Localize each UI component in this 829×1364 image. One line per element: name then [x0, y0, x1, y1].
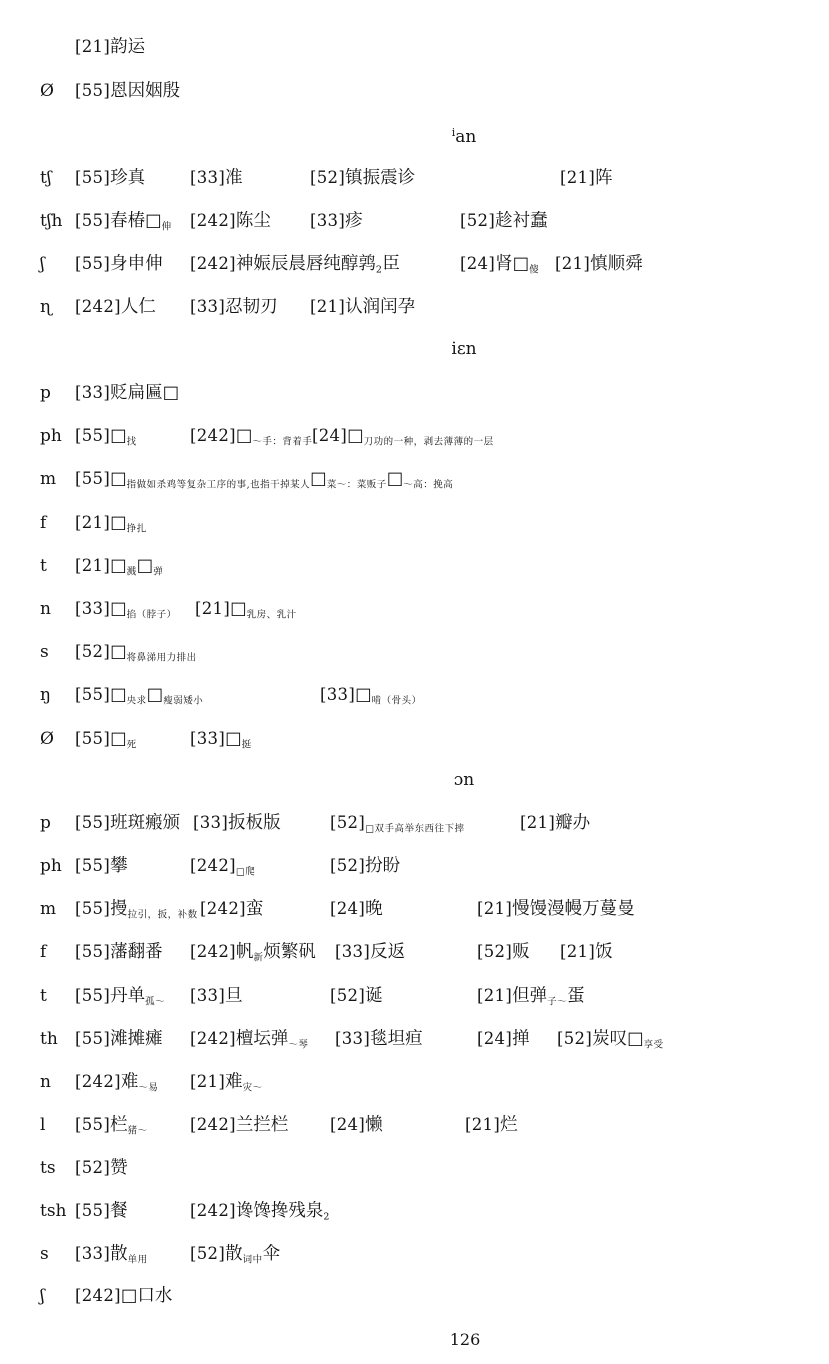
entry: [52]趁衬蠢	[460, 210, 548, 232]
entry: [242]帆新烦繁矾	[190, 941, 316, 970]
rhyme-section-header: ian	[452, 122, 477, 148]
tone-label: [33]	[310, 211, 345, 230]
dict-row: tsh[55]餐[242]谗馋搀残泉2	[0, 1200, 829, 1226]
character-text: 赞	[110, 1158, 128, 1178]
tone-label: [33]	[335, 1029, 370, 1048]
rhyme-section-header: ɔn	[454, 769, 474, 791]
entry: [24]肾□傻	[460, 253, 539, 282]
rhyme-section-header: iεn	[451, 338, 476, 360]
entry: [52]散词中伞	[190, 1243, 280, 1272]
tone-label: [55]	[75, 168, 110, 187]
tone-label: [242]	[190, 254, 236, 273]
entry: [52]赞	[75, 1157, 128, 1179]
entry: [21]慢馒漫幔万蔓曼	[477, 898, 635, 920]
entry: [52]镇振震诊	[310, 167, 415, 189]
gloss-annotation: 2	[323, 1212, 330, 1223]
entry: [21]难灾～	[190, 1071, 263, 1100]
entry: [21]□乳房、乳汁	[195, 598, 297, 627]
character-text: 扮盼	[365, 856, 400, 876]
character-text: 栏	[110, 1115, 128, 1135]
entry: [52]诞	[330, 985, 383, 1007]
gloss-annotation: 啃（骨头）	[372, 696, 422, 707]
tone-label: [55]	[75, 729, 110, 748]
entry: [242]难～易	[75, 1071, 158, 1100]
character-text: 阵	[595, 168, 613, 188]
tone-label: [33]	[75, 383, 110, 402]
initial-label: n	[40, 598, 51, 620]
tone-label: [55]	[75, 1115, 110, 1134]
tone-label: [55]	[75, 856, 110, 875]
entry: [242]□爬	[190, 855, 255, 884]
tone-label: [242]	[190, 942, 236, 961]
tone-label: [55]	[75, 81, 110, 100]
character-text: 韵运	[110, 37, 145, 57]
entry: [52]贩	[477, 941, 530, 963]
character-text: 谗馋搀残泉	[236, 1201, 324, 1221]
entry: [55]藩翻番	[75, 941, 163, 963]
tone-label: [33]	[190, 297, 225, 316]
tone-label: [55]	[75, 899, 110, 918]
tone-label: [55]	[75, 1201, 110, 1220]
character-text: 反返	[370, 942, 405, 962]
tone-label: [52]	[330, 856, 365, 875]
dict-row: s[33]散单用[52]散词中伞	[0, 1243, 829, 1269]
entry: [242]神娠辰晨唇纯醇鹑2臣	[190, 253, 400, 282]
character-text: 饭	[595, 942, 613, 962]
gloss-annotation: 单用	[128, 1255, 148, 1266]
gloss-annotation: 乳房、乳汁	[247, 610, 297, 621]
gloss-annotation: 挺	[242, 740, 252, 751]
entry: [242]蛮	[200, 898, 263, 920]
character-text: □	[310, 469, 327, 489]
character-text: 晚	[365, 899, 383, 919]
initial-label: ɳ	[40, 296, 52, 318]
character-text: 毯坦疸	[370, 1029, 423, 1049]
tone-label: [55]	[75, 986, 110, 1005]
character-text: 散	[110, 1244, 128, 1264]
initial-label: s	[40, 1243, 49, 1265]
character-text: 珍真	[110, 168, 145, 188]
dict-row: ts[52]赞	[0, 1157, 829, 1183]
gloss-annotation: ～高：挽高	[403, 480, 453, 491]
character-text: 班斑瘢颁	[110, 813, 180, 833]
dict-row: tʃh[55]春椿□伸[242]陈尘[33]疹[52]趁衬蠢	[0, 210, 829, 236]
entry: [55]攀	[75, 855, 128, 877]
character-text: 滩摊瘫	[110, 1029, 163, 1049]
character-text: 掸	[512, 1029, 530, 1049]
entry: [55]珍真	[75, 167, 145, 189]
tone-label: [242]	[75, 1072, 121, 1091]
entry: [55]□找	[75, 425, 137, 454]
initial-label: tʃh	[40, 210, 62, 232]
gloss-annotation: 猪～	[128, 1126, 148, 1137]
dict-row: p[33]贬扁匾□	[0, 382, 829, 408]
gloss-annotation: 傻	[529, 265, 539, 276]
dict-row: tʃ[55]珍真[33]准[52]镇振震诊[21]阵	[0, 167, 829, 193]
character-text: □	[110, 469, 127, 489]
entry: [242]□～手：背着手	[190, 425, 312, 454]
tone-label: [21]	[310, 297, 345, 316]
initial-label: s	[40, 641, 49, 663]
entry: [21]认润闰孕	[310, 296, 415, 318]
initial-label: n	[40, 1071, 51, 1093]
character-text: □	[225, 729, 242, 749]
initial-label: t	[40, 985, 47, 1007]
entry: [242]檀坛弹～琴	[190, 1028, 308, 1057]
initial-label: t	[40, 555, 47, 577]
tone-label: [33]	[190, 986, 225, 1005]
tone-label: [33]	[190, 729, 225, 748]
tone-label: [55]	[75, 254, 110, 273]
character-text: 难	[225, 1072, 243, 1092]
dict-row: Ø[55]恩因姻殷	[0, 80, 829, 106]
dict-row: l[55]栏猪～[242]兰拦栏[24]懒[21]烂	[0, 1114, 829, 1140]
gloss-annotation: 刀功的一种，剥去薄薄的一层	[364, 437, 494, 448]
character-text: 餐	[110, 1201, 128, 1221]
character-text: 慢馒漫幔万蔓曼	[512, 899, 635, 919]
gloss-annotation: □爬	[236, 867, 255, 878]
character-text: □口水	[121, 1286, 173, 1306]
gloss-annotation: 掐（脖子）	[127, 610, 177, 621]
entry: [52]□双手高举东西往下摔	[330, 812, 465, 841]
character-text: 兰拦栏	[236, 1115, 289, 1135]
character-text: 烂	[500, 1115, 518, 1135]
initial-label: th	[40, 1028, 58, 1050]
tone-label: [242]	[190, 426, 236, 445]
gloss-annotation: 孤～	[145, 997, 165, 1008]
dict-row: m[55]摱拉引，扳，补数[242]蛮[24]晚[21]慢馒漫幔万蔓曼	[0, 898, 829, 924]
tone-label: [21]	[190, 1072, 225, 1091]
character-text: 蛮	[246, 899, 264, 919]
character-text: □	[110, 426, 127, 446]
tone-label: [24]	[330, 1115, 365, 1134]
gloss-annotation: ～琴	[288, 1040, 308, 1051]
entry: [55]餐	[75, 1200, 128, 1222]
entry: [33]散单用	[75, 1243, 148, 1272]
initial-label: Ø	[40, 80, 54, 102]
character-text: 帆	[236, 942, 254, 962]
tone-label: [52]	[75, 642, 110, 661]
tone-label: [55]	[75, 211, 110, 230]
character-text: 贬扁匾□	[110, 383, 179, 403]
tone-label: [33]	[335, 942, 370, 961]
gloss-annotation: 溅	[127, 567, 137, 578]
character-text: 旦	[225, 986, 243, 1006]
character-text: 扳板版	[228, 813, 281, 833]
entry: [21]饭	[560, 941, 613, 963]
gloss-annotation: 拉引，扳，补数	[128, 910, 198, 921]
character-text: □	[110, 729, 127, 749]
tone-label: [21]	[477, 899, 512, 918]
entry: [55]丹单孤～	[75, 985, 165, 1014]
gloss-annotation: 瘦弱矮小	[163, 696, 203, 707]
tone-label: [52]	[310, 168, 345, 187]
tone-label: [21]	[477, 986, 512, 1005]
gloss-annotation: 新	[253, 953, 263, 964]
tone-label: [33]	[190, 168, 225, 187]
character-text: 但弹	[512, 986, 547, 1006]
dict-row: t[55]丹单孤～[33]旦[52]诞[21]但弹子～蛋	[0, 985, 829, 1011]
initial-label: ŋ	[40, 684, 51, 706]
entry: [24]懒	[330, 1114, 383, 1136]
tone-label: [21]	[560, 942, 595, 961]
entry: [55]身申伸	[75, 253, 163, 275]
entry: [24]晚	[330, 898, 383, 920]
initial-label: ph	[40, 425, 62, 447]
tone-label: [24]	[477, 1029, 512, 1048]
tone-label: [52]	[190, 1244, 225, 1263]
entry: [21]韵运	[75, 36, 145, 58]
character-text: 忍韧刃	[225, 297, 278, 317]
dict-row: f[55]藩翻番[242]帆新烦繁矾[33]反返[52]贩[21]饭	[0, 941, 829, 967]
entry: [21]□挣扎	[75, 512, 147, 541]
initial-label: tʃ	[40, 167, 51, 189]
character-text: 瓣办	[555, 813, 590, 833]
gloss-annotation: 享受	[644, 1040, 664, 1051]
entry: [242]兰拦栏	[190, 1114, 288, 1136]
character-text: □	[110, 599, 127, 619]
entry: [33]疹	[310, 210, 363, 232]
character-text: □	[230, 599, 247, 619]
entry: [33]□啃（骨头）	[320, 684, 422, 713]
character-text: 趁衬蠢	[495, 211, 548, 231]
character-text: 春椿□	[110, 211, 162, 231]
entry: [52]扮盼	[330, 855, 400, 877]
gloss-annotation: 弹	[153, 567, 163, 578]
tone-label: [21]	[465, 1115, 500, 1134]
entry: [55]□央求□瘦弱矮小	[75, 684, 203, 713]
dict-row: ph[55]攀[242]□爬[52]扮盼	[0, 855, 829, 881]
character-text: 蛋	[567, 986, 585, 1006]
character-text: □	[110, 642, 127, 662]
character-text: 烦繁矾	[263, 942, 316, 962]
entry: [55]□指做如杀鸡等复杂工序的事,也指干掉某人□菜～：菜贩子□～高：挽高	[75, 468, 453, 497]
gloss-annotation: 央求	[127, 696, 147, 707]
dict-row: n[33]□掐（脖子）[21]□乳房、乳汁	[0, 598, 829, 624]
character-text: □	[110, 556, 127, 576]
character-text: 伞	[263, 1244, 281, 1264]
tone-label: [33]	[75, 1244, 110, 1263]
initial-label: p	[40, 382, 51, 404]
tone-label: [52]	[330, 986, 365, 1005]
tone-label: [21]	[555, 254, 590, 273]
gloss-annotation: 子～	[547, 997, 567, 1008]
tone-label: [55]	[75, 685, 110, 704]
entry: [55]春椿□伸	[75, 210, 172, 239]
initial-label: m	[40, 468, 56, 490]
character-text: 陈尘	[236, 211, 271, 231]
gloss-annotation: 菜～：菜贩子	[327, 480, 387, 491]
character-text: 藩翻番	[110, 942, 163, 962]
dict-row: ph[55]□找[242]□～手：背着手[24]□刀功的一种，剥去薄薄的一层	[0, 425, 829, 451]
initial-label: ʃ	[40, 1285, 45, 1307]
entry: [242]谗馋搀残泉2	[190, 1200, 330, 1229]
entry: [33]贬扁匾□	[75, 382, 179, 404]
tone-label: [21]	[520, 813, 555, 832]
dict-row: ʃ[242]□口水	[0, 1285, 829, 1311]
tone-label: [52]	[330, 813, 365, 832]
character-text: 檀坛弹	[236, 1029, 289, 1049]
tone-label: [33]	[75, 599, 110, 618]
character-text: 神娠辰晨唇纯醇鹑	[236, 254, 376, 274]
dict-row: ɳ[242]人仁[33]忍韧刃[21]认润闰孕	[0, 296, 829, 322]
character-text: □	[387, 469, 404, 489]
character-text: 身申伸	[110, 254, 163, 274]
tone-label: [55]	[75, 426, 110, 445]
dict-row: ʃ[55]身申伸[242]神娠辰晨唇纯醇鹑2臣[24]肾□傻[21]慎顺舜	[0, 253, 829, 279]
rhyme-superscript: i	[452, 126, 456, 139]
character-text: □	[147, 685, 164, 705]
character-text: □	[236, 426, 253, 446]
tone-label: [21]	[75, 556, 110, 575]
initial-label: f	[40, 941, 46, 963]
initial-label: ts	[40, 1157, 56, 1179]
entry: [55]班斑瘢颁	[75, 812, 180, 834]
entry: [24]掸	[477, 1028, 530, 1050]
entry: [52]炭叹□享受	[557, 1028, 664, 1057]
gloss-annotation: 将鼻涕用力排出	[127, 653, 197, 664]
character-text: □	[347, 426, 364, 446]
initial-label: l	[40, 1114, 45, 1136]
tone-label: [55]	[75, 813, 110, 832]
character-text: 慎顺舜	[590, 254, 643, 274]
entry: [33]忍韧刃	[190, 296, 278, 318]
entry: [55]摱拉引，扳，补数	[75, 898, 198, 927]
character-text: 人仁	[121, 297, 156, 317]
gloss-annotation: ～易	[138, 1083, 158, 1094]
entry: [33]反返	[335, 941, 405, 963]
entry: [24]□刀功的一种，剥去薄薄的一层	[312, 425, 494, 454]
dict-row: s[52]□将鼻涕用力排出	[0, 641, 829, 667]
gloss-annotation: 死	[127, 740, 137, 751]
tone-label: [242]	[190, 1201, 236, 1220]
entry: [33]准	[190, 167, 243, 189]
character-text: 恩因姻殷	[110, 81, 180, 101]
tone-label: [52]	[477, 942, 512, 961]
character-text: 丹单	[110, 986, 145, 1006]
tone-label: [24]	[312, 426, 347, 445]
initial-label: ph	[40, 855, 62, 877]
entry: [21]□溅□弹	[75, 555, 163, 584]
gloss-annotation: 灾～	[243, 1083, 263, 1094]
character-text: 镇振震诊	[345, 168, 415, 188]
initial-label: Ø	[40, 728, 54, 750]
dict-row: f[21]□挣扎	[0, 512, 829, 538]
tone-label: [52]	[75, 1158, 110, 1177]
initial-label: p	[40, 812, 51, 834]
tone-label: [242]	[200, 899, 246, 918]
tone-label: [21]	[75, 37, 110, 56]
entry: [21]慎顺舜	[555, 253, 643, 275]
entry: [242]人仁	[75, 296, 156, 318]
character-text: 散	[225, 1244, 243, 1264]
character-text: 攀	[110, 856, 128, 876]
entry: [33]□挺	[190, 728, 252, 757]
dict-row: m[55]□指做如杀鸡等复杂工序的事,也指干掉某人□菜～：菜贩子□～高：挽高	[0, 468, 829, 494]
tone-label: [55]	[75, 942, 110, 961]
character-text: 贩	[512, 942, 530, 962]
dict-row: p[55]班斑瘢颁[33]扳板版[52]□双手高举东西往下摔[21]瓣办	[0, 812, 829, 838]
character-text: 摱	[110, 899, 128, 919]
gloss-annotation: 伸	[162, 222, 172, 233]
tone-label: [24]	[330, 899, 365, 918]
dict-row: t[21]□溅□弹	[0, 555, 829, 581]
character-text: □	[110, 685, 127, 705]
gloss-annotation: 词中	[243, 1255, 263, 1266]
entry: [33]毯坦疸	[335, 1028, 423, 1050]
character-text: 炭叹□	[592, 1029, 644, 1049]
entry: [55]□死	[75, 728, 137, 757]
character-text: 疹	[345, 211, 363, 231]
tone-label: [33]	[193, 813, 228, 832]
tone-label: [242]	[190, 211, 236, 230]
tone-label: [21]	[195, 599, 230, 618]
dict-row: n[242]难～易[21]难灾～	[0, 1071, 829, 1097]
entry: [21]瓣办	[520, 812, 590, 834]
entry: [33]旦	[190, 985, 243, 1007]
gloss-annotation: 找	[127, 437, 137, 448]
entry: [55]栏猪～	[75, 1114, 148, 1143]
initial-label: f	[40, 512, 46, 534]
character-text: 准	[225, 168, 243, 188]
entry: [55]恩因姻殷	[75, 80, 180, 102]
tone-label: [242]	[190, 856, 236, 875]
tone-label: [242]	[190, 1029, 236, 1048]
initial-label: ʃ	[40, 253, 45, 275]
character-text: 肾□	[495, 254, 529, 274]
character-text: □	[110, 513, 127, 533]
entry: [242]□口水	[75, 1285, 172, 1307]
dict-row: ŋ[55]□央求□瘦弱矮小[33]□啃（骨头）	[0, 684, 829, 710]
character-text: 认润闰孕	[345, 297, 415, 317]
dict-row: [21]韵运	[0, 36, 829, 62]
entry: [33]扳板版	[193, 812, 281, 834]
tone-label: [52]	[460, 211, 495, 230]
entry: [242]陈尘	[190, 210, 271, 232]
entry: [21]阵	[560, 167, 613, 189]
character-text: 臣	[382, 254, 400, 274]
gloss-annotation: 挣扎	[127, 524, 147, 535]
tone-label: [24]	[460, 254, 495, 273]
page-number: 126	[450, 1330, 481, 1349]
tone-label: [242]	[190, 1115, 236, 1134]
tone-label: [242]	[75, 1286, 121, 1305]
dict-row: Ø[55]□死[33]□挺	[0, 728, 829, 754]
tone-label: [55]	[75, 469, 110, 488]
character-text: 诞	[365, 986, 383, 1006]
dictionary-page: [21]韵运Ø[55]恩因姻殷iantʃ[55]珍真[33]准[52]镇振震诊[…	[0, 0, 829, 1364]
character-text: 懒	[365, 1115, 383, 1135]
gloss-annotation: □双手高举东西往下摔	[365, 824, 464, 835]
character-text: 难	[121, 1072, 139, 1092]
entry: [55]滩摊瘫	[75, 1028, 163, 1050]
tone-label: [55]	[75, 1029, 110, 1048]
gloss-annotation: ～手：背着手	[252, 437, 312, 448]
entry: [52]□将鼻涕用力排出	[75, 641, 197, 670]
character-text: □	[355, 685, 372, 705]
tone-label: [21]	[75, 513, 110, 532]
character-text: □	[137, 556, 154, 576]
tone-label: [52]	[557, 1029, 592, 1048]
tone-label: [242]	[75, 297, 121, 316]
tone-label: [33]	[320, 685, 355, 704]
dict-row: th[55]滩摊瘫[242]檀坛弹～琴[33]毯坦疸[24]掸[52]炭叹□享受	[0, 1028, 829, 1054]
initial-label: tsh	[40, 1200, 67, 1222]
entry: [21]烂	[465, 1114, 518, 1136]
gloss-annotation: 指做如杀鸡等复杂工序的事,也指干掉某人	[127, 480, 311, 491]
entry: [33]□掐（脖子）	[75, 598, 177, 627]
entry: [21]但弹子～蛋	[477, 985, 585, 1014]
